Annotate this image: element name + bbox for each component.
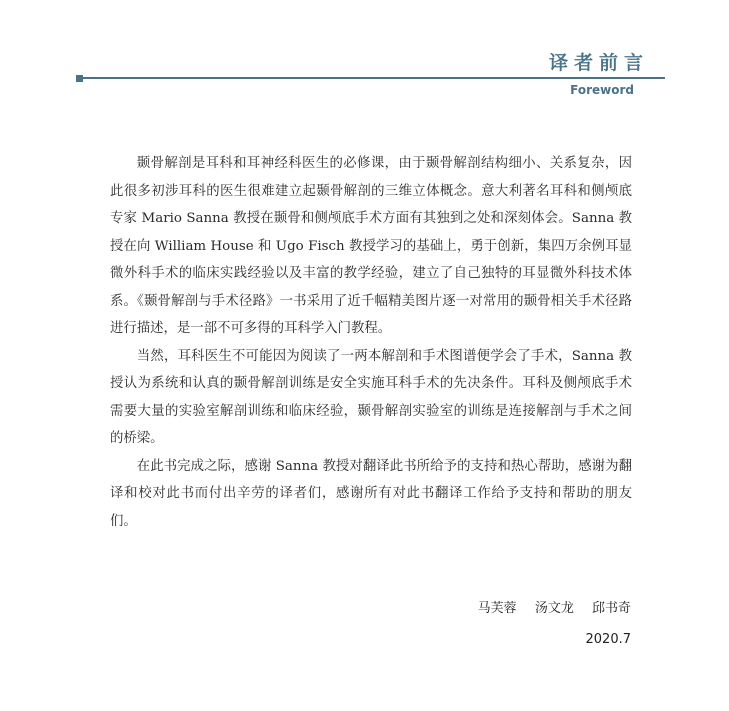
foreword-body: 颞骨解剖是耳科和耳神经科医生的必修课，由于颞骨解剖结构细小、关系复杂，因此很多初… [110,150,632,535]
translator-name: 汤文龙 [535,601,574,616]
translator-name: 邱书奇 [592,601,631,616]
paragraph-1: 颞骨解剖是耳科和耳神经科医生的必修课，由于颞骨解剖结构细小、关系复杂，因此很多初… [110,150,632,343]
translator-names: 马芙蓉 汤文龙 邱书奇 [464,600,631,618]
paragraph-3: 在此书完成之际，感谢 Sanna 教授对翻译此书所给予的支持和热心帮助，感谢为翻… [110,453,632,536]
translator-name: 马芙蓉 [478,601,517,616]
signature-block: 马芙蓉 汤文龙 邱书奇 2020.7 [464,600,631,649]
paragraph-2: 当然，耳科医生不可能因为阅读了一两本解剖和手术图谱便学会了手术，Sanna 教授… [110,343,632,453]
page-title: 译者前言 [549,52,649,74]
page-subtitle: Foreword [570,82,634,98]
signature-date: 2020.7 [464,631,631,649]
header-divider [76,77,665,79]
